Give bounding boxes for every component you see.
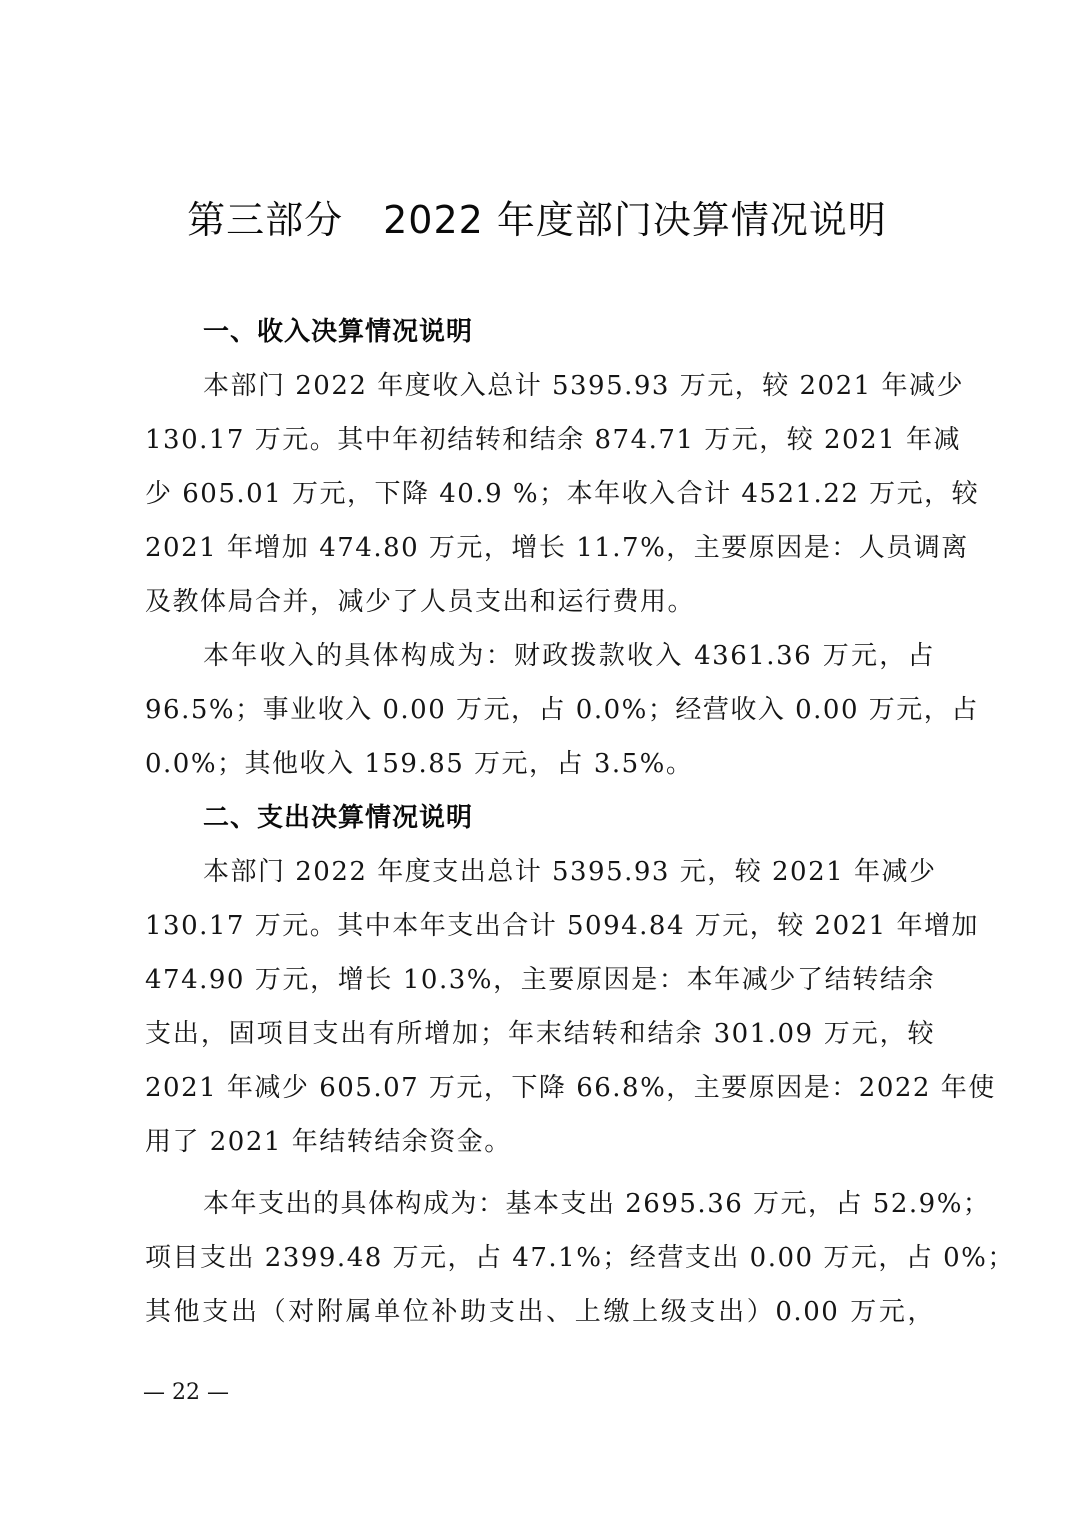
paragraph-line: 少 605.01 万元，下降 40.9 %；本年收入合计 4521.22 万元，… xyxy=(145,474,935,514)
section-heading-expenditure: 二、支出决算情况说明 xyxy=(203,798,473,838)
paragraph-line: 2021 年增加 474.80 万元，增长 11.7%，主要原因是：人员调离 xyxy=(145,528,935,568)
page-number: — 22 — xyxy=(143,1376,229,1410)
paragraph-line: 用了 2021 年结转结余资金。 xyxy=(145,1122,935,1162)
title-text: 2022 年度部门决算情况说明 xyxy=(383,198,887,242)
document-page: 第三部分2022 年度部门决算情况说明 一、收入决算情况说明 本部门 2022 … xyxy=(0,0,1074,1520)
paragraph-line: 本年支出的具体构成为：基本支出 2695.36 万元，占 52.9%； xyxy=(203,1184,935,1224)
section-heading-income: 一、收入决算情况说明 xyxy=(203,312,473,352)
paragraph-line: 本年收入的具体构成为：财政拨款收入 4361.36 万元，占 xyxy=(203,636,935,676)
paragraph-line: 本部门 2022 年度收入总计 5395.93 万元，较 2021 年减少 xyxy=(203,366,935,406)
page-title: 第三部分2022 年度部门决算情况说明 xyxy=(0,192,1074,248)
paragraph-line: 130.17 万元。其中年初结转和结余 874.71 万元，较 2021 年减 xyxy=(145,420,935,460)
paragraph-line: 及教体局合并，减少了人员支出和运行费用。 xyxy=(145,582,935,622)
paragraph-line: 130.17 万元。其中本年支出合计 5094.84 万元，较 2021 年增加 xyxy=(145,906,935,946)
paragraph-line: 2021 年减少 605.07 万元，下降 66.8%，主要原因是：2022 年… xyxy=(145,1068,935,1108)
paragraph-line: 本部门 2022 年度支出总计 5395.93 元，较 2021 年减少 xyxy=(203,852,935,892)
paragraph-line: 0.0%；其他收入 159.85 万元，占 3.5%。 xyxy=(145,744,935,784)
paragraph-line: 其他支出（对附属单位补助支出、上缴上级支出）0.00 万元， xyxy=(145,1292,935,1332)
title-part: 第三部分 xyxy=(187,198,343,242)
paragraph-line: 支出，固项目支出有所增加；年末结转和结余 301.09 万元，较 xyxy=(145,1014,935,1054)
paragraph-line: 项目支出 2399.48 万元，占 47.1%；经营支出 0.00 万元，占 0… xyxy=(145,1238,935,1278)
paragraph-line: 96.5%；事业收入 0.00 万元，占 0.0%；经营收入 0.00 万元，占 xyxy=(145,690,935,730)
paragraph-line: 474.90 万元，增长 10.3%，主要原因是：本年减少了结转结余 xyxy=(145,960,935,1000)
